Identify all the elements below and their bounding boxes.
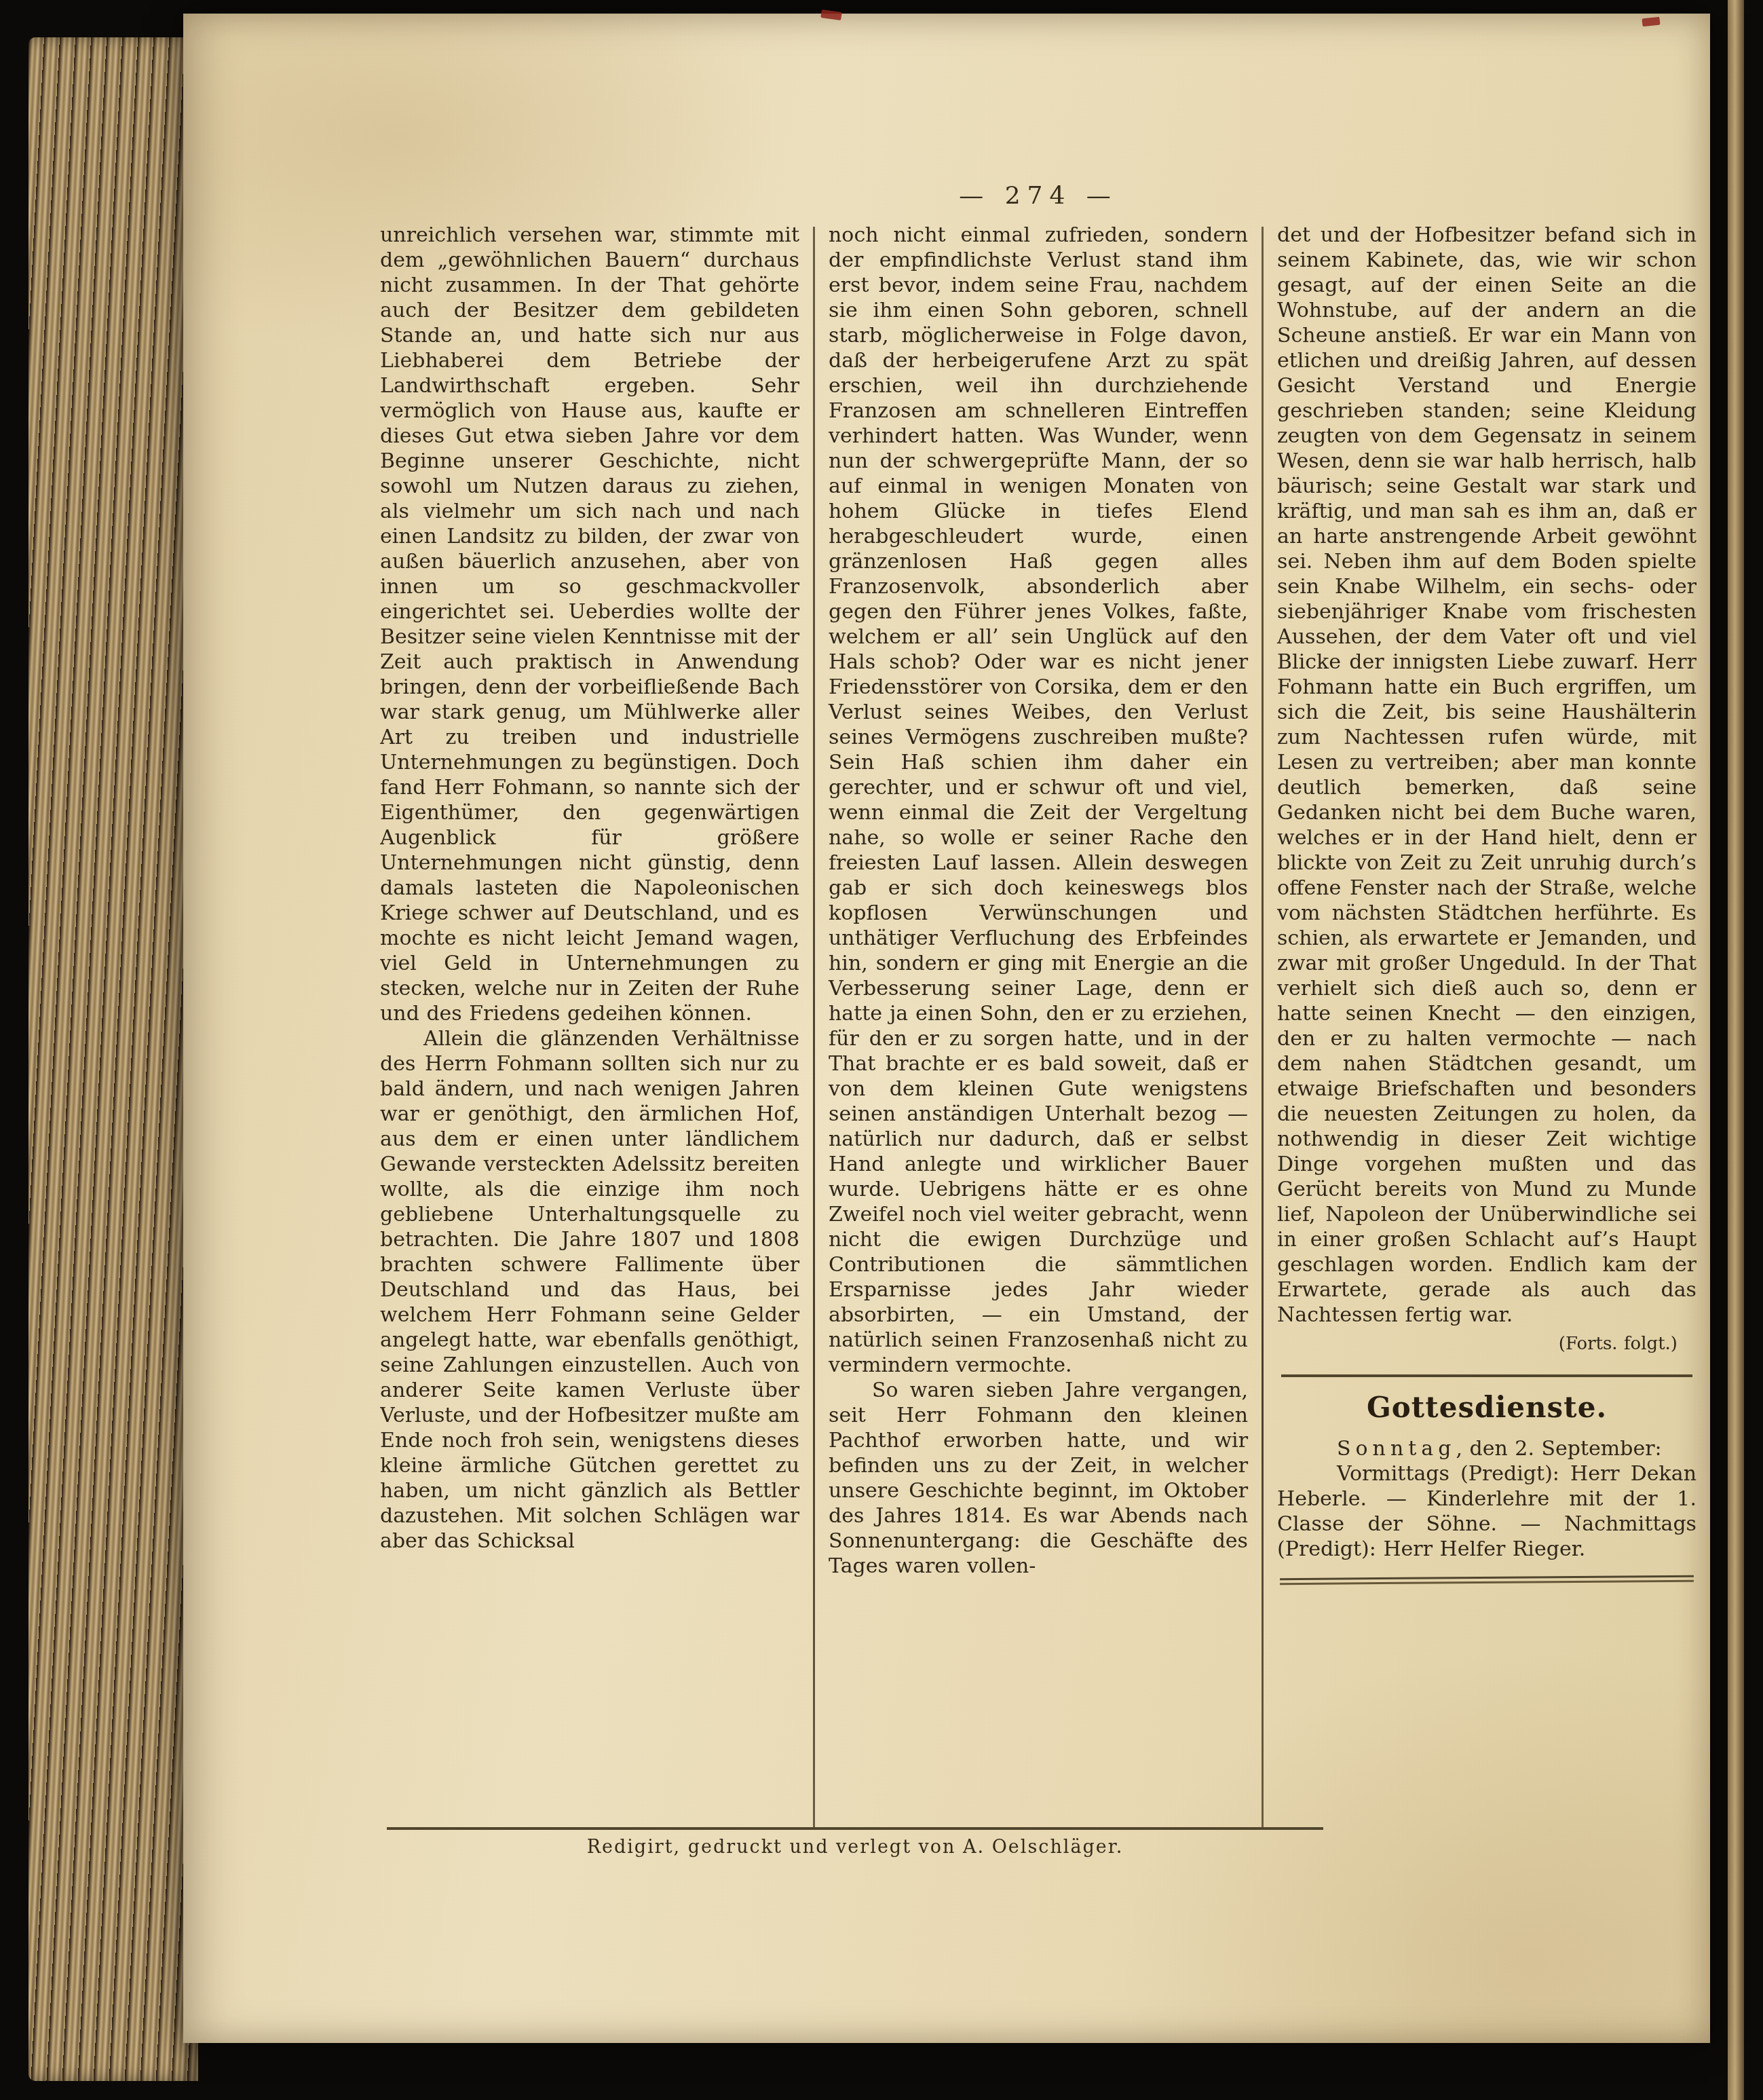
page-number: — 274 — [380,182,1696,210]
gottesdienste-details: Vormittags (Predigt): Herr Dekan Heberle… [1277,1461,1696,1562]
column-2: noch nicht einmal zufrieden, sondern der… [815,223,1262,1830]
section-end-rule [1280,1575,1694,1585]
gottesdienste-heading: Gottesdienste. [1277,1391,1696,1424]
paragraph: Allein die glänzenden Verhältnisse des H… [380,1026,799,1554]
gottesdienste-date: Sonntag, den 2. September: [1277,1436,1696,1461]
gottesdienste-date-rest: , den 2. September: [1456,1437,1661,1461]
column-1: unreichlich versehen war, stimmte mit de… [380,223,813,1830]
paragraph: So waren sieben Jahre vergangen, seit He… [829,1378,1248,1579]
red-ink-mark-left [820,10,841,20]
text-columns: unreichlich versehen war, stimmte mit de… [380,223,1696,1830]
column-3: det und der Hofbesitzer befand sich in s… [1264,223,1696,1830]
book-page-scan: — 274 — unreichlich versehen war, stimmt… [0,0,1763,2100]
page-footer: Redigirt, gedruckt und verlegt von A. Oe… [387,1827,1323,1858]
paragraph: unreichlich versehen war, stimmte mit de… [380,223,799,1026]
red-ink-mark-right [1642,17,1660,27]
paragraph: noch nicht einmal zufrieden, sondern der… [829,223,1248,1378]
book-page-edges [29,37,198,2081]
section-divider [1281,1374,1692,1377]
paragraph: det und der Hofbesitzer befand sich in s… [1277,223,1696,1328]
right-page-edge [1728,0,1744,2100]
imprint-line: Redigirt, gedruckt und verlegt von A. Oe… [387,1837,1323,1858]
page: — 274 — unreichlich versehen war, stimmt… [183,14,1710,2043]
continuation-note: (Forts. folgt.) [1277,1332,1696,1357]
gottesdienste-day: Sonntag [1337,1437,1456,1461]
